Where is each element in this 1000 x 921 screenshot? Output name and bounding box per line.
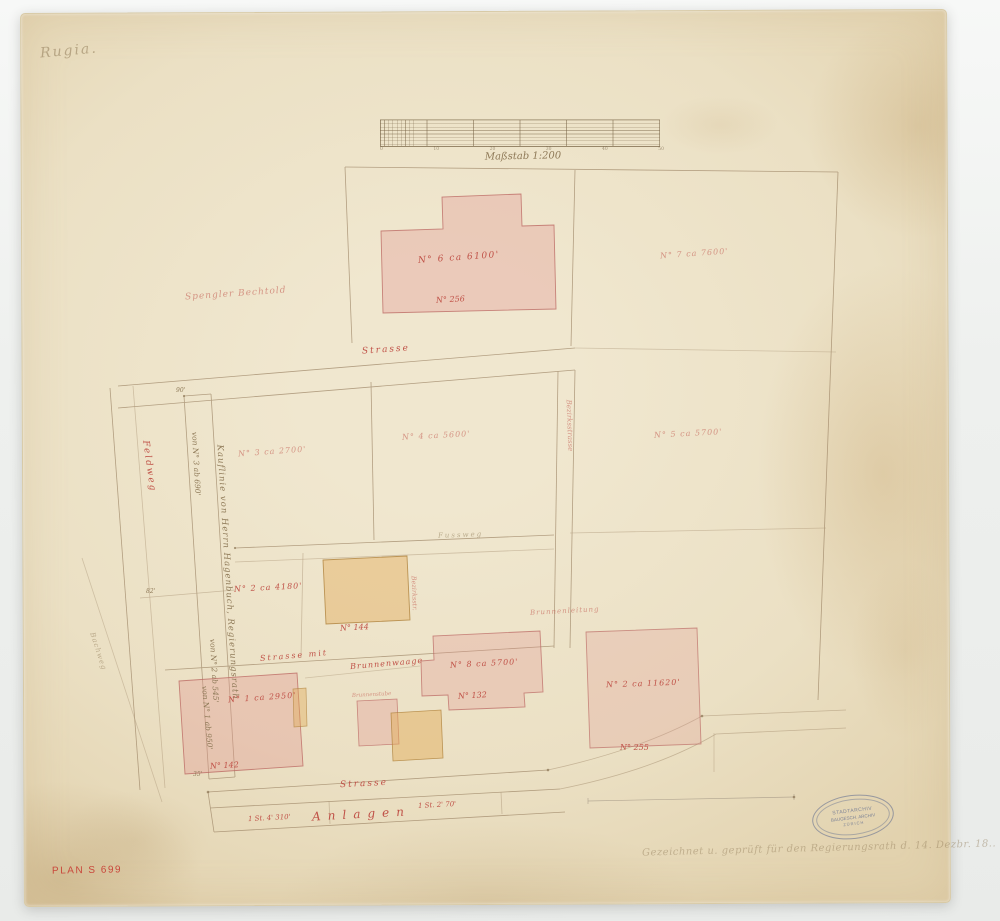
measure-82: 82' (146, 589, 155, 595)
house-n144-label: N° 144 (340, 623, 369, 632)
scale-tick: 10 (433, 147, 439, 152)
scale-bar-major-ticks (380, 120, 660, 146)
house-n132-label: N° 132 (458, 691, 487, 700)
measure-35: 35' (193, 772, 202, 778)
house-n255-label: N° 255 (620, 744, 649, 752)
scale-bar-fine-divisions (380, 120, 414, 146)
scale-tick: 0 (380, 147, 383, 152)
house-n256-label: N° 256 (436, 295, 465, 304)
scanned-plan-page: 0 10 20 30 40 50 Maßstab 1:200 Rugia. Sp… (0, 0, 1000, 921)
plan-number: PLAN S 699 (52, 865, 122, 876)
house-n142-label: N° 142 (210, 761, 239, 770)
measure-90: 90' (176, 388, 185, 394)
scale-tick: 40 (602, 147, 608, 152)
scale-bar (380, 119, 660, 147)
scale-tick: 50 (658, 147, 664, 152)
